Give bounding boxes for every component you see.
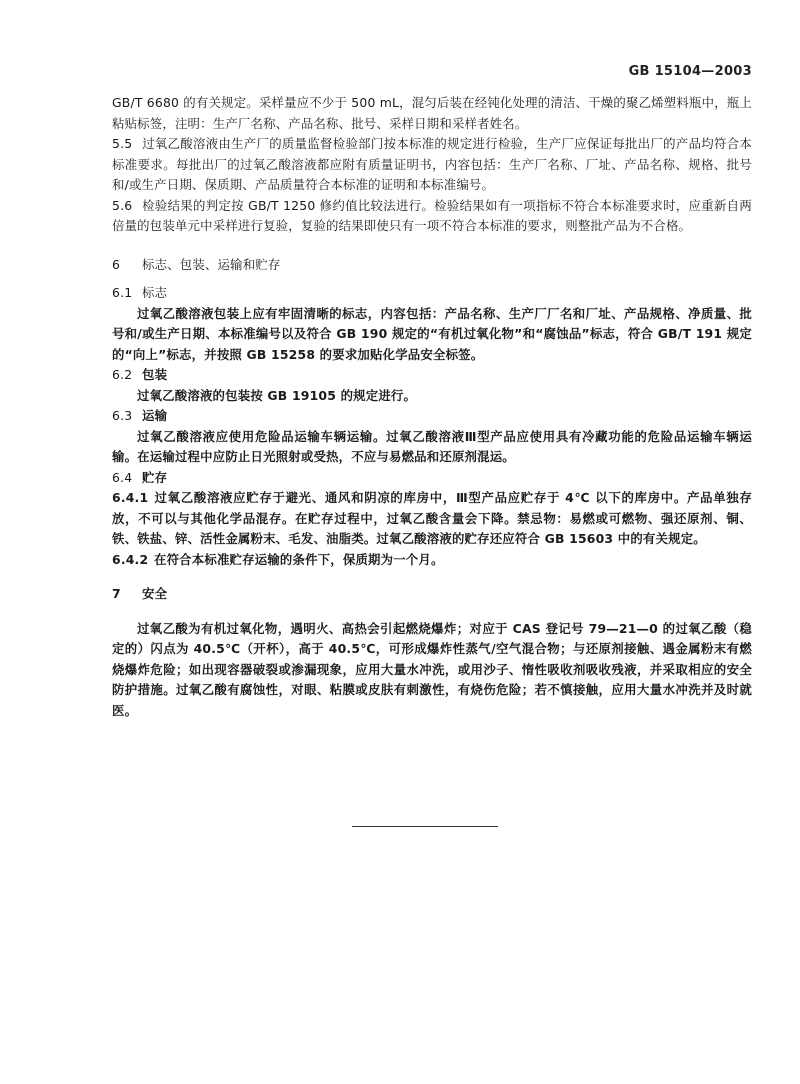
clause-6-4-2: 6.4.2在符合本标准贮存运输的条件下，保质期为一个月。 xyxy=(112,550,752,571)
clause-number: 6.4.2 xyxy=(112,550,152,571)
section-title: 安全 xyxy=(142,586,167,601)
paragraph-5-4-continued: GB/T 6680 的有关规定。采样量应不少于 500 mL，混匀后装在经钝化处… xyxy=(112,93,752,134)
clause-6-2-text: 过氧乙酸溶液的包装按 GB 19105 的规定进行。 xyxy=(112,386,752,407)
clause-text: 在符合本标准贮存运输的条件下，保质期为一个月。 xyxy=(154,552,444,567)
section-6-heading: 6标志、包装、运输和贮存 xyxy=(112,255,752,276)
section-number: 6 xyxy=(112,255,138,276)
clause-title: 标志 xyxy=(142,285,167,300)
section-title: 标志、包装、运输和贮存 xyxy=(142,257,281,272)
document-page: GB 15104—2003 GB/T 6680 的有关规定。采样量应不少于 50… xyxy=(0,0,800,1084)
clause-5-6: 5.6检验结果的判定按 GB/T 1250 修约值比较法进行。检验结果如有一项指… xyxy=(112,196,752,237)
clause-6-3-heading: 6.3运输 xyxy=(112,406,752,427)
clause-number: 6.1 xyxy=(112,283,138,304)
clause-number: 5.5 xyxy=(112,134,138,155)
clause-number: 6.3 xyxy=(112,406,138,427)
clause-text: 过氧乙酸溶液由生产厂的质量监督检验部门按本标准的规定进行检验，生产厂应保证每批出… xyxy=(112,136,752,192)
end-of-document-rule xyxy=(352,826,498,827)
clause-6-1-text: 过氧乙酸溶液包装上应有牢固清晰的标志，内容包括：产品名称、生产厂厂名和厂址、产品… xyxy=(112,304,752,366)
clause-number: 6.2 xyxy=(112,365,138,386)
clause-text: 过氧乙酸溶液应贮存于避光、通风和阴凉的库房中，Ⅲ型产品应贮存于 4℃ 以下的库房… xyxy=(112,490,752,546)
section-7-heading: 7安全 xyxy=(112,584,752,605)
section-number: 7 xyxy=(112,584,138,605)
section-7-text: 过氧乙酸为有机过氧化物，遇明火、高热会引起燃烧爆炸；对应于 CAS 登记号 79… xyxy=(112,619,752,722)
clause-6-2-heading: 6.2包装 xyxy=(112,365,752,386)
clause-title: 包装 xyxy=(142,367,167,382)
document-body: GB/T 6680 的有关规定。采样量应不少于 500 mL，混匀后装在经钝化处… xyxy=(112,93,752,721)
clause-6-4-heading: 6.4贮存 xyxy=(112,468,752,489)
standard-code-header: GB 15104—2003 xyxy=(629,64,752,79)
clause-number: 5.6 xyxy=(112,196,138,217)
clause-title: 贮存 xyxy=(142,470,167,485)
clause-number: 6.4 xyxy=(112,468,138,489)
clause-6-4-1: 6.4.1过氧乙酸溶液应贮存于避光、通风和阴凉的库房中，Ⅲ型产品应贮存于 4℃ … xyxy=(112,488,752,550)
clause-text: 检验结果的判定按 GB/T 1250 修约值比较法进行。检验结果如有一项指标不符… xyxy=(112,198,752,234)
clause-title: 运输 xyxy=(142,408,167,423)
clause-6-1-heading: 6.1标志 xyxy=(112,283,752,304)
clause-5-5: 5.5过氧乙酸溶液由生产厂的质量监督检验部门按本标准的规定进行检验，生产厂应保证… xyxy=(112,134,752,196)
clause-6-3-text: 过氧乙酸溶液应使用危险品运输车辆运输。过氧乙酸溶液Ⅲ型产品应使用具有冷藏功能的危… xyxy=(112,427,752,468)
clause-number: 6.4.1 xyxy=(112,488,152,509)
